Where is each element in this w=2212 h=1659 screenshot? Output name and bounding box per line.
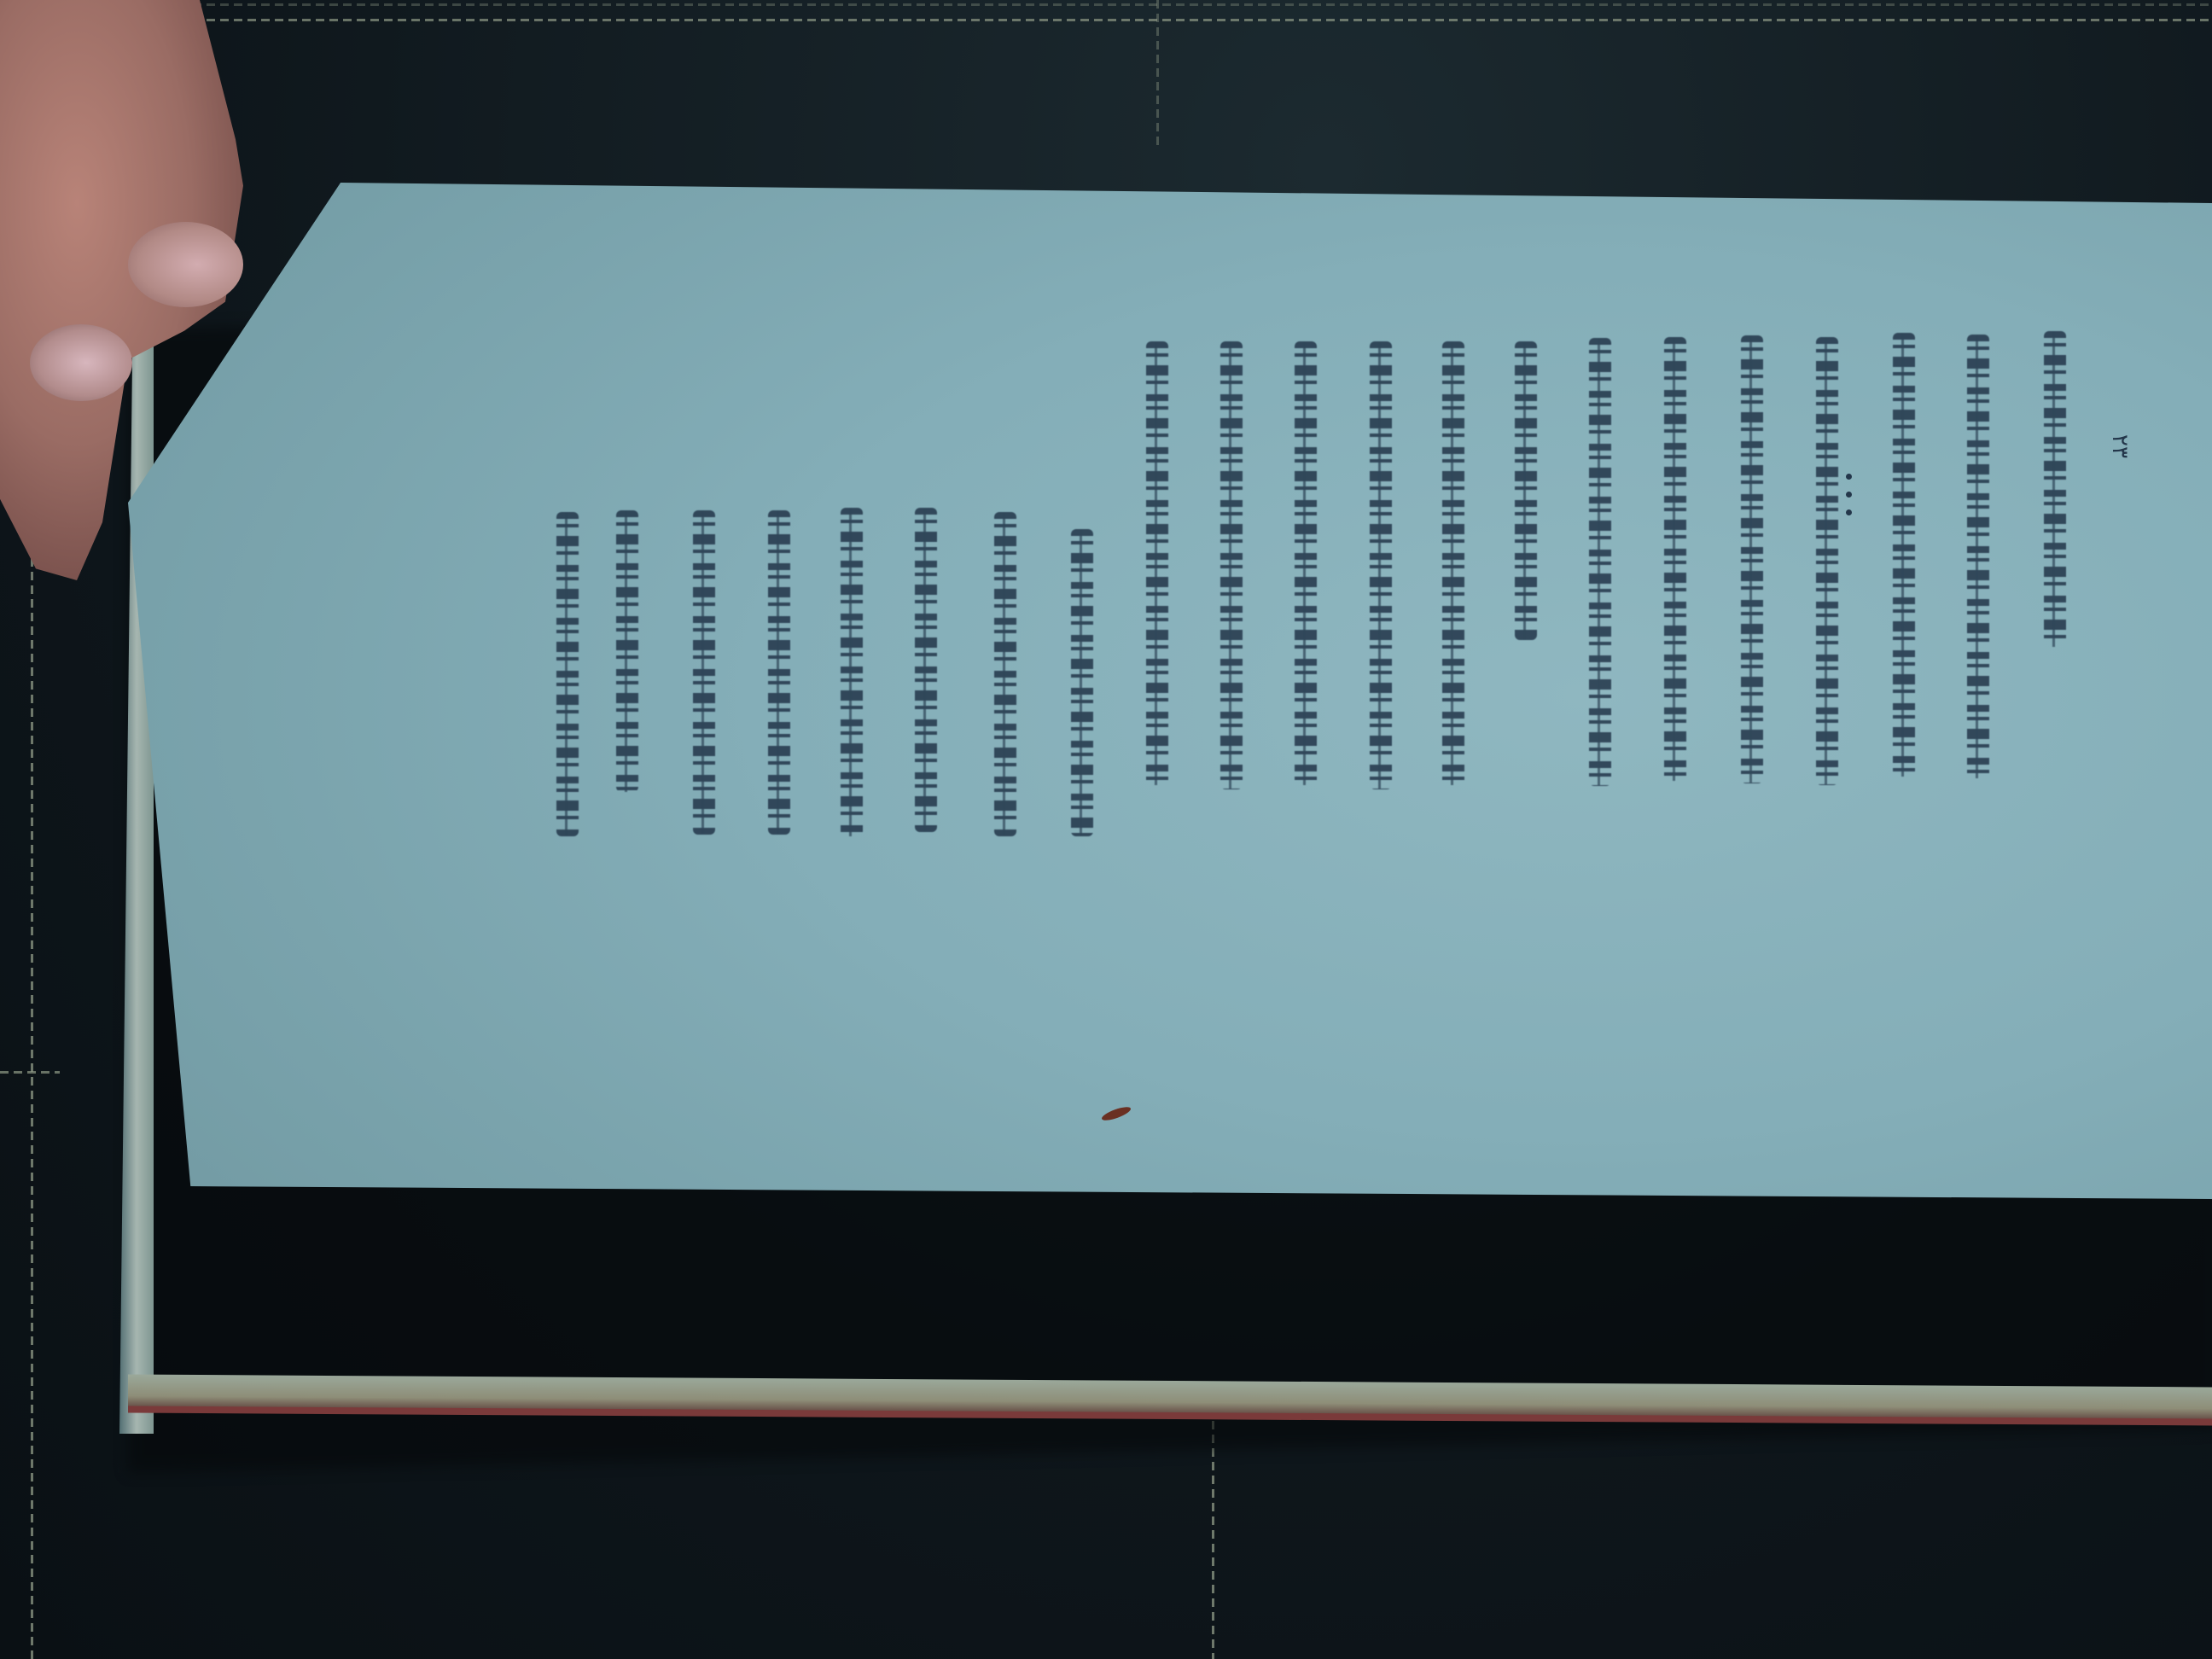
text-line: [1967, 335, 1989, 778]
stitch-line-top: [111, 19, 2210, 21]
fingertip-upper: [128, 222, 243, 307]
text-line: [768, 510, 790, 835]
text-line: [1664, 337, 1686, 781]
text-line: [1220, 341, 1243, 789]
stitch-line-center: [1156, 0, 1159, 145]
text-line: [1741, 335, 1763, 783]
text-line: [1295, 341, 1317, 785]
text-line: [1893, 333, 1915, 777]
text-line: [1589, 338, 1611, 786]
text-line: [915, 508, 937, 832]
page-number-mark: ٢٣: [2107, 434, 2133, 458]
text-line: [1370, 341, 1392, 789]
text-line: [556, 512, 579, 836]
text-line: [1442, 341, 1464, 785]
text-line: [1515, 341, 1537, 640]
fingertip-lower: [30, 324, 132, 401]
stitch-line-bottom: [1212, 1421, 1214, 1659]
text-line: [1816, 337, 1838, 785]
text-line: [994, 512, 1016, 836]
stitch-line-left-cross: [0, 1071, 60, 1074]
text-line: [1146, 341, 1168, 785]
stitch-line-top-2: [111, 3, 2210, 6]
section-marker-dots: [1843, 474, 1855, 525]
text-line: [1071, 529, 1093, 836]
text-line: [841, 508, 863, 836]
text-line: [616, 510, 638, 792]
text-line: [693, 510, 715, 835]
text-line: [2044, 331, 2066, 647]
